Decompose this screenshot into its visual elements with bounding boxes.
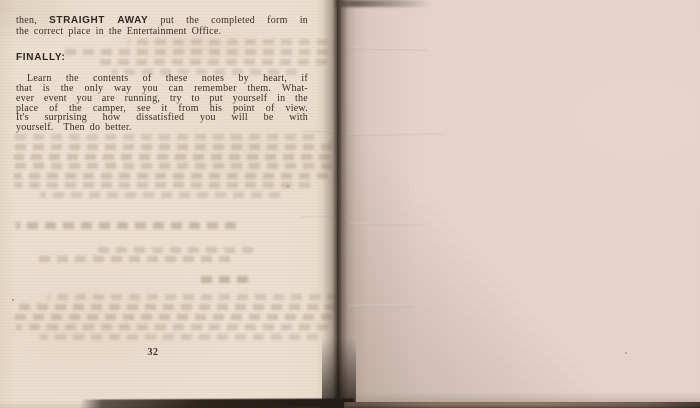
- page-crease: [348, 132, 443, 136]
- show-through-line: [40, 334, 318, 340]
- finally-heading: FINALLY:: [16, 52, 66, 63]
- right-page: [340, 0, 700, 404]
- show-through-line: [200, 276, 248, 283]
- page-crease: [348, 223, 423, 226]
- show-through-line: [40, 192, 280, 198]
- paper-speck: [12, 299, 14, 301]
- paragraph-straight-away: then, STRAIGHT AWAY put the completed fo…: [16, 16, 308, 38]
- paragraph-learn-notes: Learn the contents of these notes by hea…: [16, 74, 308, 133]
- show-through-line: [14, 182, 310, 188]
- text-run: put the completed form in: [160, 15, 308, 26]
- text-run: then,: [16, 15, 37, 26]
- show-through-line: [14, 314, 332, 320]
- bottom-page-edge-left: [80, 398, 354, 408]
- show-through-line: [14, 304, 336, 310]
- show-through-line: [128, 39, 328, 45]
- page-number: 32: [142, 347, 164, 358]
- book-spread: then, STRAIGHT AWAY put the completed fo…: [0, 0, 700, 408]
- text-line: yourself. Then do better.: [16, 123, 308, 133]
- show-through-line: [95, 59, 327, 65]
- bold-run: STRAIGHT AWAY: [49, 15, 148, 26]
- show-through-line: [16, 222, 236, 229]
- show-through-line: [14, 144, 332, 150]
- book-gutter: [322, 0, 356, 408]
- show-through-line: [14, 154, 330, 160]
- show-through-line: [14, 134, 314, 140]
- bottom-page-edge-right: [344, 402, 700, 408]
- page-crease: [348, 47, 428, 50]
- paper-speck: [287, 185, 289, 188]
- show-through-line: [32, 256, 230, 262]
- text-line: the correct place in the Entertainment O…: [16, 27, 308, 38]
- paper-speck: [625, 352, 627, 354]
- left-page: then, STRAIGHT AWAY put the completed fo…: [0, 0, 337, 408]
- show-through-line: [14, 163, 332, 169]
- show-through-line: [14, 173, 328, 179]
- show-through-line: [95, 247, 253, 253]
- show-through-line: [48, 294, 338, 300]
- show-through-line: [62, 49, 328, 55]
- show-through-line: [16, 324, 328, 330]
- page-crease: [348, 305, 413, 308]
